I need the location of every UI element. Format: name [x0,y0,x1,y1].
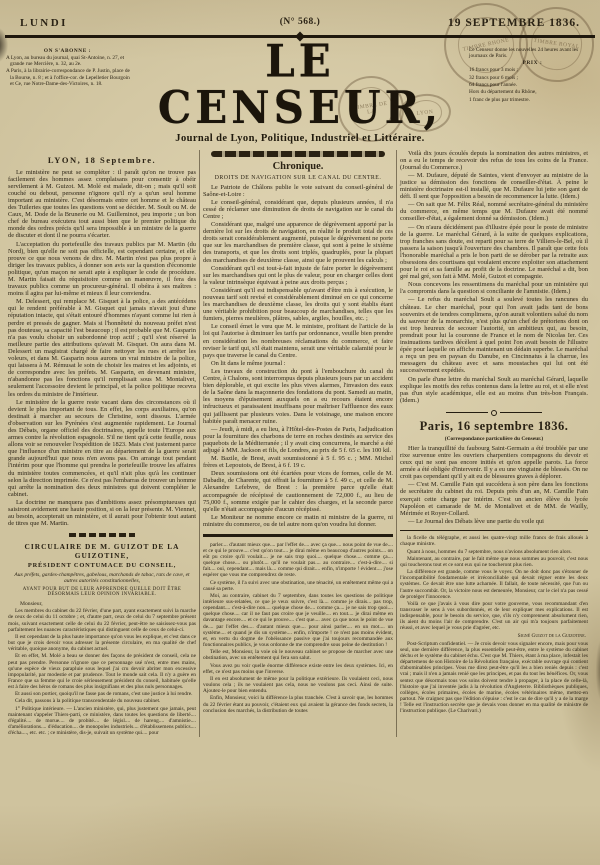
circular-salutation: Monsieur, [8,601,196,607]
paragraph: Considérant qu'il est tout-à-fait injust… [203,265,393,286]
paragraph: — Le Journal des Débats lève une partie … [400,518,588,525]
ornament-dot [491,410,497,416]
paragraph: la ficelle du télégraphe, et aussi les q… [400,535,588,547]
correspondence-note: (Correspondance particulière du Censeur.… [400,436,588,442]
paragraph: Et en effet, M. Molé a beau se donner de… [8,653,196,690]
paragraph: Moi, au contraire, cabinet du 7 septembr… [203,593,393,648]
paragraph: Le ministère ne peut se compléter : il p… [8,169,196,240]
paragraph: Voilà dix jours écoulés depuis la nomina… [400,150,588,171]
paragraph: La différence est grande, comme vous le … [400,569,588,600]
price-heading: PRIX : [469,60,596,66]
paragraph: A Paris, à la librairie-correspondance d… [4,68,131,87]
paragraph: 1 franc de plus par trimestre. [469,97,596,103]
paragraph: On parle d'une lettre du maréchal Soult … [400,376,588,404]
newspaper-page: TIMBRE RHONE TIMBRE ROYAL TIMBRE DE LA L… [0,0,600,865]
price-notice: Le Censeur donne les nouvelles 24 heures… [469,47,596,60]
chronique-heading: Chronique. [203,161,393,172]
circle-ornament [446,410,542,416]
paragraph: Les membres du cabinet du 22 février, d'… [8,608,196,633]
lyon-dateline: LYON, 18 Septembre. [8,155,196,165]
paragraph: Enfin, Monsieur, voici la différence la … [203,695,393,713]
paragraph: Il est cependant de la plus haute import… [8,634,196,652]
newspaper-subtitle: Journal de Lyon, Politique, Industriel e… [131,133,469,144]
title-block: LE CENSEUR, Journal de Lyon, Politique, … [131,41,469,144]
section-rule [203,534,393,537]
paragraph: Maintenant, au contraire, par le fait mê… [400,556,588,568]
paragraph: Vous avez pu voir quelle énorme différen… [203,663,393,675]
paragraph: M. Bazile, de Brest, avait soumissionné … [203,455,393,469]
page-columns: LYON, 18 Septembre. Le ministère ne peut… [0,144,600,738]
lyon-article: Le ministère ne peut se compléter : il p… [8,169,196,528]
column-rule [396,150,397,738]
circular-subtitle: PRÉSIDENT CONTUMACE DU CONSEIL, [8,562,196,569]
paragraph: On lit dans le même journal : [203,360,393,367]
circular-addressees: Aux préfets, gardes-champêtres, gabelous… [14,572,190,584]
paragraph: 16 francs pour 3 mois ; [469,67,596,73]
paragraph: Le Patriote de Châlons publie le vote su… [203,184,393,198]
paragraph: Les travaux de construction du pont à l'… [203,368,393,425]
issue-number: (N° 568.) [280,17,321,27]
news-items: Voilà dix jours écoulés depuis la nomina… [400,150,588,404]
paragraph: Et aussi son portier, quoiqu'il ne fasse… [8,691,196,697]
chronique-subheading: DROITS DE NAVIGATION SUR LE CANAL DU CEN… [203,175,393,181]
paragraph: Considérant qu'il est indispensable qu'a… [203,287,393,322]
section-rule [400,530,588,531]
paragraph: — On sait que M. Félix Réal, nommé secré… [400,201,588,222]
column-rule [199,150,200,738]
paragraph: — Le refus du maréchal Soult a soulevé t… [400,296,588,374]
signature: Signé Guizot de la Guizotine. [400,633,586,639]
newspaper-title: LE CENSEUR, [131,38,469,131]
publication-date: 19 SEPTEMBRE 1836. [448,17,586,29]
paragraph: — Jeudi, à midi, a eu lieu, à l'Hôtel-de… [203,426,393,454]
paragraph: Nous concevons les ressentimens du maréc… [400,281,588,295]
paris-items: Hier la tranquillité du faubourg Saint-G… [400,445,588,525]
paragraph: Hier la tranquillité du faubourg Saint-G… [400,445,588,480]
paragraph: 64 francs pour l'année. [469,82,596,88]
postscript: Post-Scriptum confidentiel. — Je crois d… [400,641,588,715]
left-column: LYON, 18 Septembre. Le ministère ne peut… [8,150,196,738]
circular-purpose: AYANT POUR BUT DE LEUR APPRENDRE QUELLE … [18,587,186,599]
edge-stain [596,640,600,700]
paragraph: Quant à nous, hommes du 7 septembre, nou… [400,549,588,555]
circular-continuation-right: la ficelle du télégraphe, et aussi les q… [400,535,588,714]
paragraph: 1° Politique intérieure. — L'ancien mini… [8,706,196,737]
paragraph: La doctrine ne manquera pas d'ambitions … [8,499,196,527]
masthead: ON S'ABONNE : A Lyon, au bureau du journ… [0,38,600,144]
chain-ornament [211,151,385,157]
circular-continuation: parler.... d'autant mieux que.... par l'… [203,542,393,714]
paragraph: — C'est M. Camille Fain qui succédera à … [400,481,588,516]
paragraph: — M. Dufaure, député de Saintes, vient d… [400,172,588,200]
paragraph: Hors du département du Rhône, [469,89,596,95]
subscription-lines: A Lyon, au bureau du journal, quai St-An… [4,55,131,87]
price-box: Le Censeur donne les nouvelles 24 heures… [469,41,596,144]
section-divider-ornament [69,533,135,537]
paragraph: — On n'aura décidément pas d'illustre ép… [400,224,588,281]
paragraph: Cela dit, passons à la politique transce… [8,698,196,704]
paragraph: Ce système, il l'a suivi avec une obstin… [203,580,393,592]
continuation-paragraphs: la ficelle du télégraphe, et aussi les q… [400,535,588,631]
paragraph: Le ministère de la guerre reste vacant d… [8,399,196,498]
paragraph: Le conseil-général, considérant que, dep… [203,199,393,220]
subscription-box: ON S'ABONNE : A Lyon, au bureau du journ… [4,41,131,144]
masthead-header: LUNDI (N° 568.) 19 SEPTEMBRE 1836. [0,0,600,29]
middle-column: Chronique. DROITS DE NAVIGATION SUR LE C… [203,150,393,738]
price-lines: 16 francs pour 3 mois ;32 francs pour 6 … [469,67,596,102]
paragraph: Voilà ce que j'avais à vous dire pour vo… [400,601,588,632]
paragraph: 32 francs pour 6 mois ; [469,75,596,81]
paragraph: Le Moniteur ne nomme encore ce matin ni … [203,514,393,528]
paragraph: parler.... d'autant mieux que.... par l'… [203,542,393,579]
paragraph: A Lyon, au bureau du journal, quai St-An… [4,55,131,68]
paragraph: Deux soumissions ont été écartées pour v… [203,470,393,513]
circular-body: Les membres du cabinet du 22 février, d'… [8,608,196,736]
paragraph: Telle est, Monsieur, la voie où le nouve… [203,649,393,661]
paragraph: Le conseil émet le vœu que M. le ministr… [203,323,393,358]
circular-title: CIRCULAIRE DE M. GUIZOT DE LA GUIZOTINE, [8,542,196,560]
chronique-body: Le Patriote de Châlons publie le vote su… [203,184,393,528]
paragraph: L'acceptation du portefeuille des travau… [8,241,196,298]
paragraph: M. Delessert, qui remplace M. Gisquet à … [8,298,196,397]
subscription-heading: ON S'ABONNE : [4,48,131,54]
paris-dateline: Paris, 16 septembre 1836. [400,419,588,434]
right-column: Voilà dix jours écoulés depuis la nomina… [400,150,588,738]
weekday-label: LUNDI [20,17,68,29]
paragraph: Considérant que, malgré une apparence de… [203,221,393,264]
paragraph: Il en est absolument de même pour la pol… [203,676,393,694]
